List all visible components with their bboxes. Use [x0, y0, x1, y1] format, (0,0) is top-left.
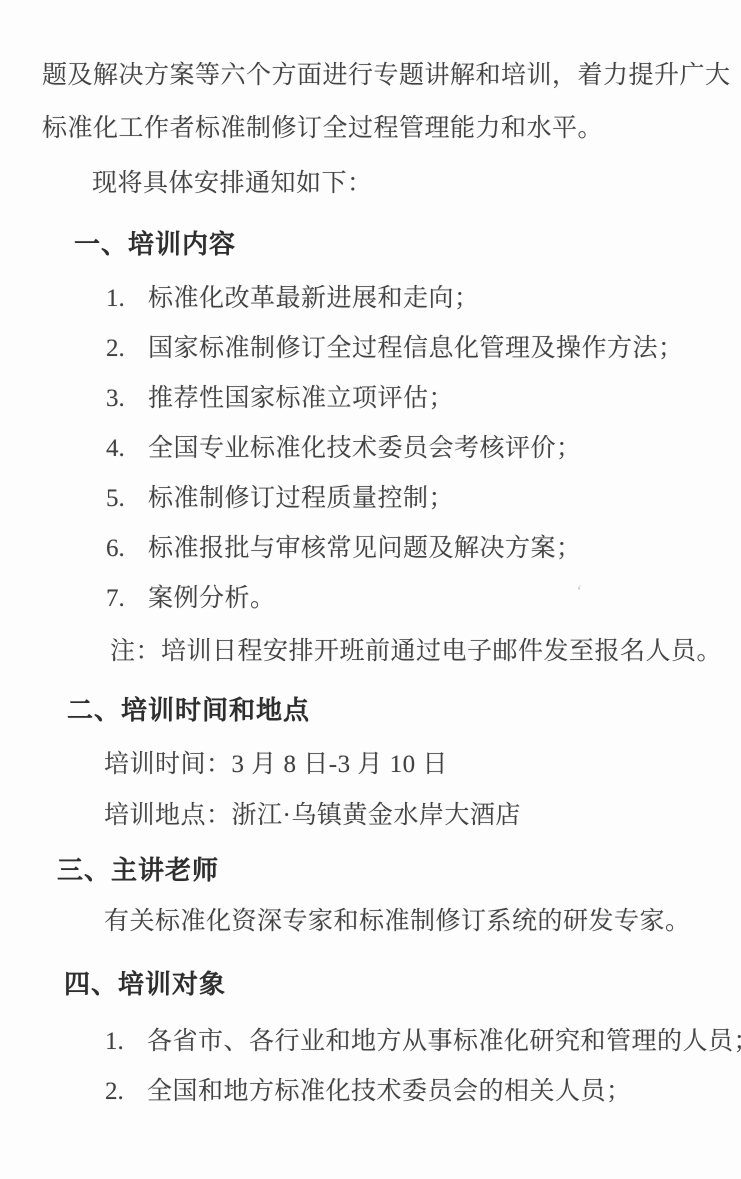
- item-text: 案例分析。: [148, 583, 276, 614]
- item-text: 推荐性国家标准立项评估；: [148, 383, 454, 414]
- training-content-item: 7. 案例分析。: [106, 583, 276, 614]
- item-number: 4.: [106, 433, 148, 464]
- section-3-heading: 三、主讲老师: [57, 855, 219, 888]
- item-text: 国家标准制修订全过程信息化管理及操作方法；: [148, 333, 684, 364]
- section-4-heading: 四、培训对象: [64, 969, 226, 1002]
- lecturers-line: 有关标准化资深专家和标准制修订系统的研发专家。: [104, 906, 691, 937]
- item-text: 各省市、各行业和地方从事标准化研究和管理的人员；: [147, 1026, 741, 1057]
- announcement-line: 现将具体安排通知如下：: [92, 168, 373, 199]
- item-text: 全国和地方标准化技术委员会的相关人员；: [147, 1076, 632, 1107]
- item-number: 1.: [106, 283, 148, 314]
- training-content-item: 3. 推荐性国家标准立项评估；: [106, 383, 454, 414]
- training-time-line: 培训时间：3 月 8 日-3 月 10 日: [104, 749, 448, 780]
- training-content-item: 4. 全国专业标准化技术委员会考核评价；: [106, 433, 582, 464]
- section-2-heading: 二、培训时间和地点: [67, 695, 310, 728]
- training-content-item: 6. 标准报批与审核常见问题及解决方案；: [106, 533, 582, 564]
- scanned-training-notice-page: 题及解决方案等六个方面进行专题讲解和培训，着力提升广大 标准化工作者标准制修订全…: [0, 0, 741, 1179]
- training-venue-line: 培训地点：浙江·乌镇黄金水岸大酒店: [104, 800, 521, 831]
- note-line: 注：培训日程安排开班前通过电子邮件发至报名人员。: [110, 636, 722, 667]
- item-number: 3.: [106, 383, 148, 414]
- item-number: 2.: [105, 1076, 147, 1107]
- item-text: 全国专业标准化技术委员会考核评价；: [148, 433, 582, 464]
- trainee-item: 2. 全国和地方标准化技术委员会的相关人员；: [105, 1076, 632, 1107]
- intro-line-2: 标准化工作者标准制修订全过程管理能力和水平。: [42, 113, 603, 144]
- item-text: 标准化改革最新进展和走向；: [148, 283, 480, 314]
- item-number: 7.: [106, 583, 148, 614]
- training-content-item: 5. 标准制修订过程质量控制；: [106, 483, 454, 514]
- training-content-item: 1. 标准化改革最新进展和走向；: [106, 283, 480, 314]
- training-content-item: 2. 国家标准制修订全过程信息化管理及操作方法；: [106, 333, 684, 364]
- item-text: 标准制修订过程质量控制；: [148, 483, 454, 514]
- trainee-item: 1. 各省市、各行业和地方从事标准化研究和管理的人员；: [105, 1026, 741, 1057]
- item-number: 1.: [105, 1026, 147, 1057]
- item-text: 标准报批与审核常见问题及解决方案；: [148, 533, 582, 564]
- section-1-heading: 一、培训内容: [74, 229, 236, 262]
- item-number: 6.: [106, 533, 148, 564]
- item-number: 5.: [106, 483, 148, 514]
- item-number: 2.: [106, 333, 148, 364]
- scan-artifact: ʻ: [575, 583, 583, 602]
- intro-line-1: 题及解决方案等六个方面进行专题讲解和培训，着力提升广大: [42, 60, 731, 91]
